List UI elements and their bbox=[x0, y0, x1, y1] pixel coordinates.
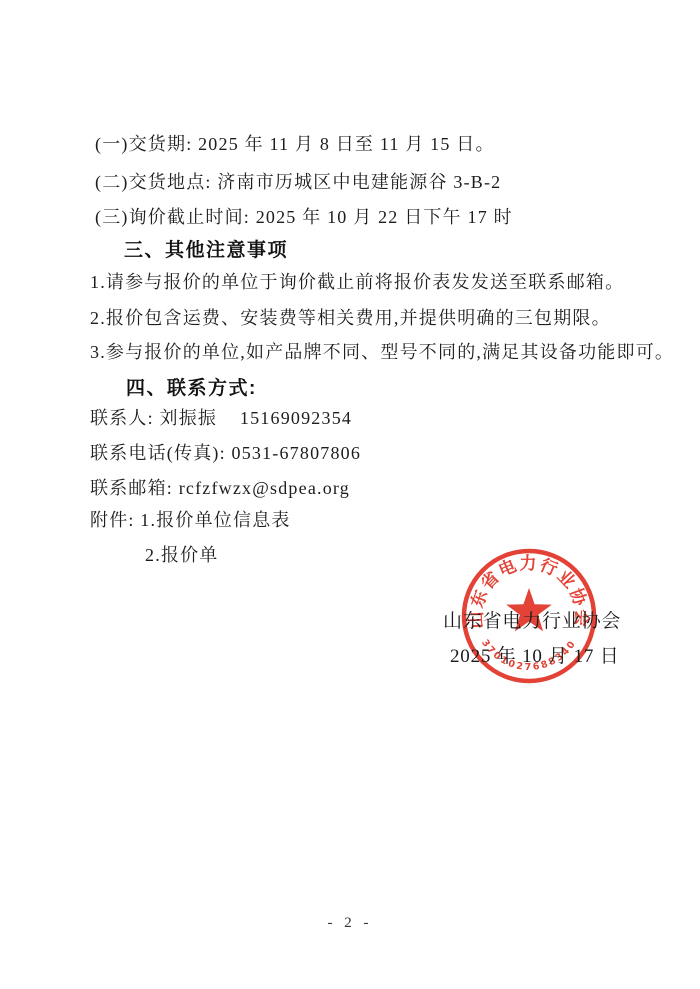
delivery-place-line: (二)交货地点: 济南市历城区中电建能源谷 3-B-2 bbox=[95, 171, 501, 194]
signature-org-name: 山东省电力行业协会 bbox=[443, 606, 621, 633]
section-heading-other-notes: 三、其他注意事项 bbox=[124, 235, 288, 262]
contact-phone-line: 联系电话(传真): 0531-67807806 bbox=[90, 442, 361, 465]
note-line-2: 2.报价包含运费、安装费等相关费用,并提供明确的三包期限。 bbox=[90, 307, 611, 330]
contact-person-line: 联系人: 刘振振 15169092354 bbox=[90, 407, 352, 430]
inquiry-deadline-line: (三)询价截止时间: 2025 年 10 月 22 日下午 17 时 bbox=[95, 206, 513, 229]
signature-date: 2025 年 10 月 17 日 bbox=[450, 641, 620, 668]
attachment-line-1: 附件: 1.报价单位信息表 bbox=[90, 509, 291, 532]
contact-email-line: 联系邮箱: rcfzfwzx@sdpea.org bbox=[90, 477, 350, 500]
document-page: (一)交货期: 2025 年 11 月 8 日至 11 月 15 日。 (二)交… bbox=[0, 0, 700, 989]
delivery-period-line: (一)交货期: 2025 年 11 月 8 日至 11 月 15 日。 bbox=[95, 133, 495, 156]
section-heading-contact-info: 四、联系方式: bbox=[126, 373, 257, 400]
note-line-3: 3.参与报价的单位,如产品牌不同、型号不同的,满足其设备功能即可。 bbox=[90, 341, 674, 364]
page-number: - 2 - bbox=[0, 915, 700, 932]
note-line-1: 1.请参与报价的单位于询价截止前将报价表发发送至联系邮箱。 bbox=[90, 271, 624, 294]
attachment-line-2: 2.报价单 bbox=[145, 544, 219, 567]
